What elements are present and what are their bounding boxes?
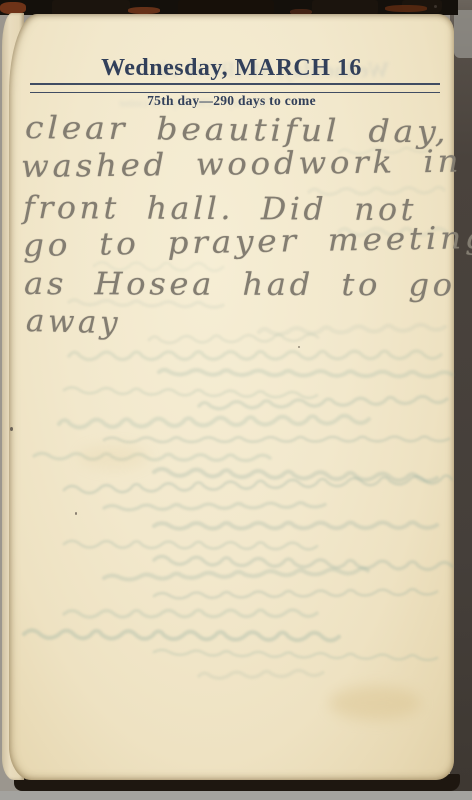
- binding-leather-patch: [385, 5, 427, 12]
- entry-line: away: [26, 303, 122, 341]
- scanner-strip-bottom: [0, 791, 472, 800]
- book-binding-top: [0, 0, 458, 15]
- entry-line: go to prayer meeting: [23, 220, 472, 264]
- scanner-background-corner: [454, 10, 472, 58]
- entry-line: as Hosea had to go: [24, 266, 456, 304]
- entry-line: washed woodwork in: [21, 144, 463, 185]
- diary-entry: clear beautiful day, washed woodwork in …: [9, 14, 454, 780]
- diary-scan: Wednesday, MARCH 16 75th day—290 days to…: [0, 0, 472, 800]
- diary-page: Wednesday, MARCH 16 75th day—290 days to…: [9, 14, 454, 780]
- binding-leather-patch: [128, 7, 160, 14]
